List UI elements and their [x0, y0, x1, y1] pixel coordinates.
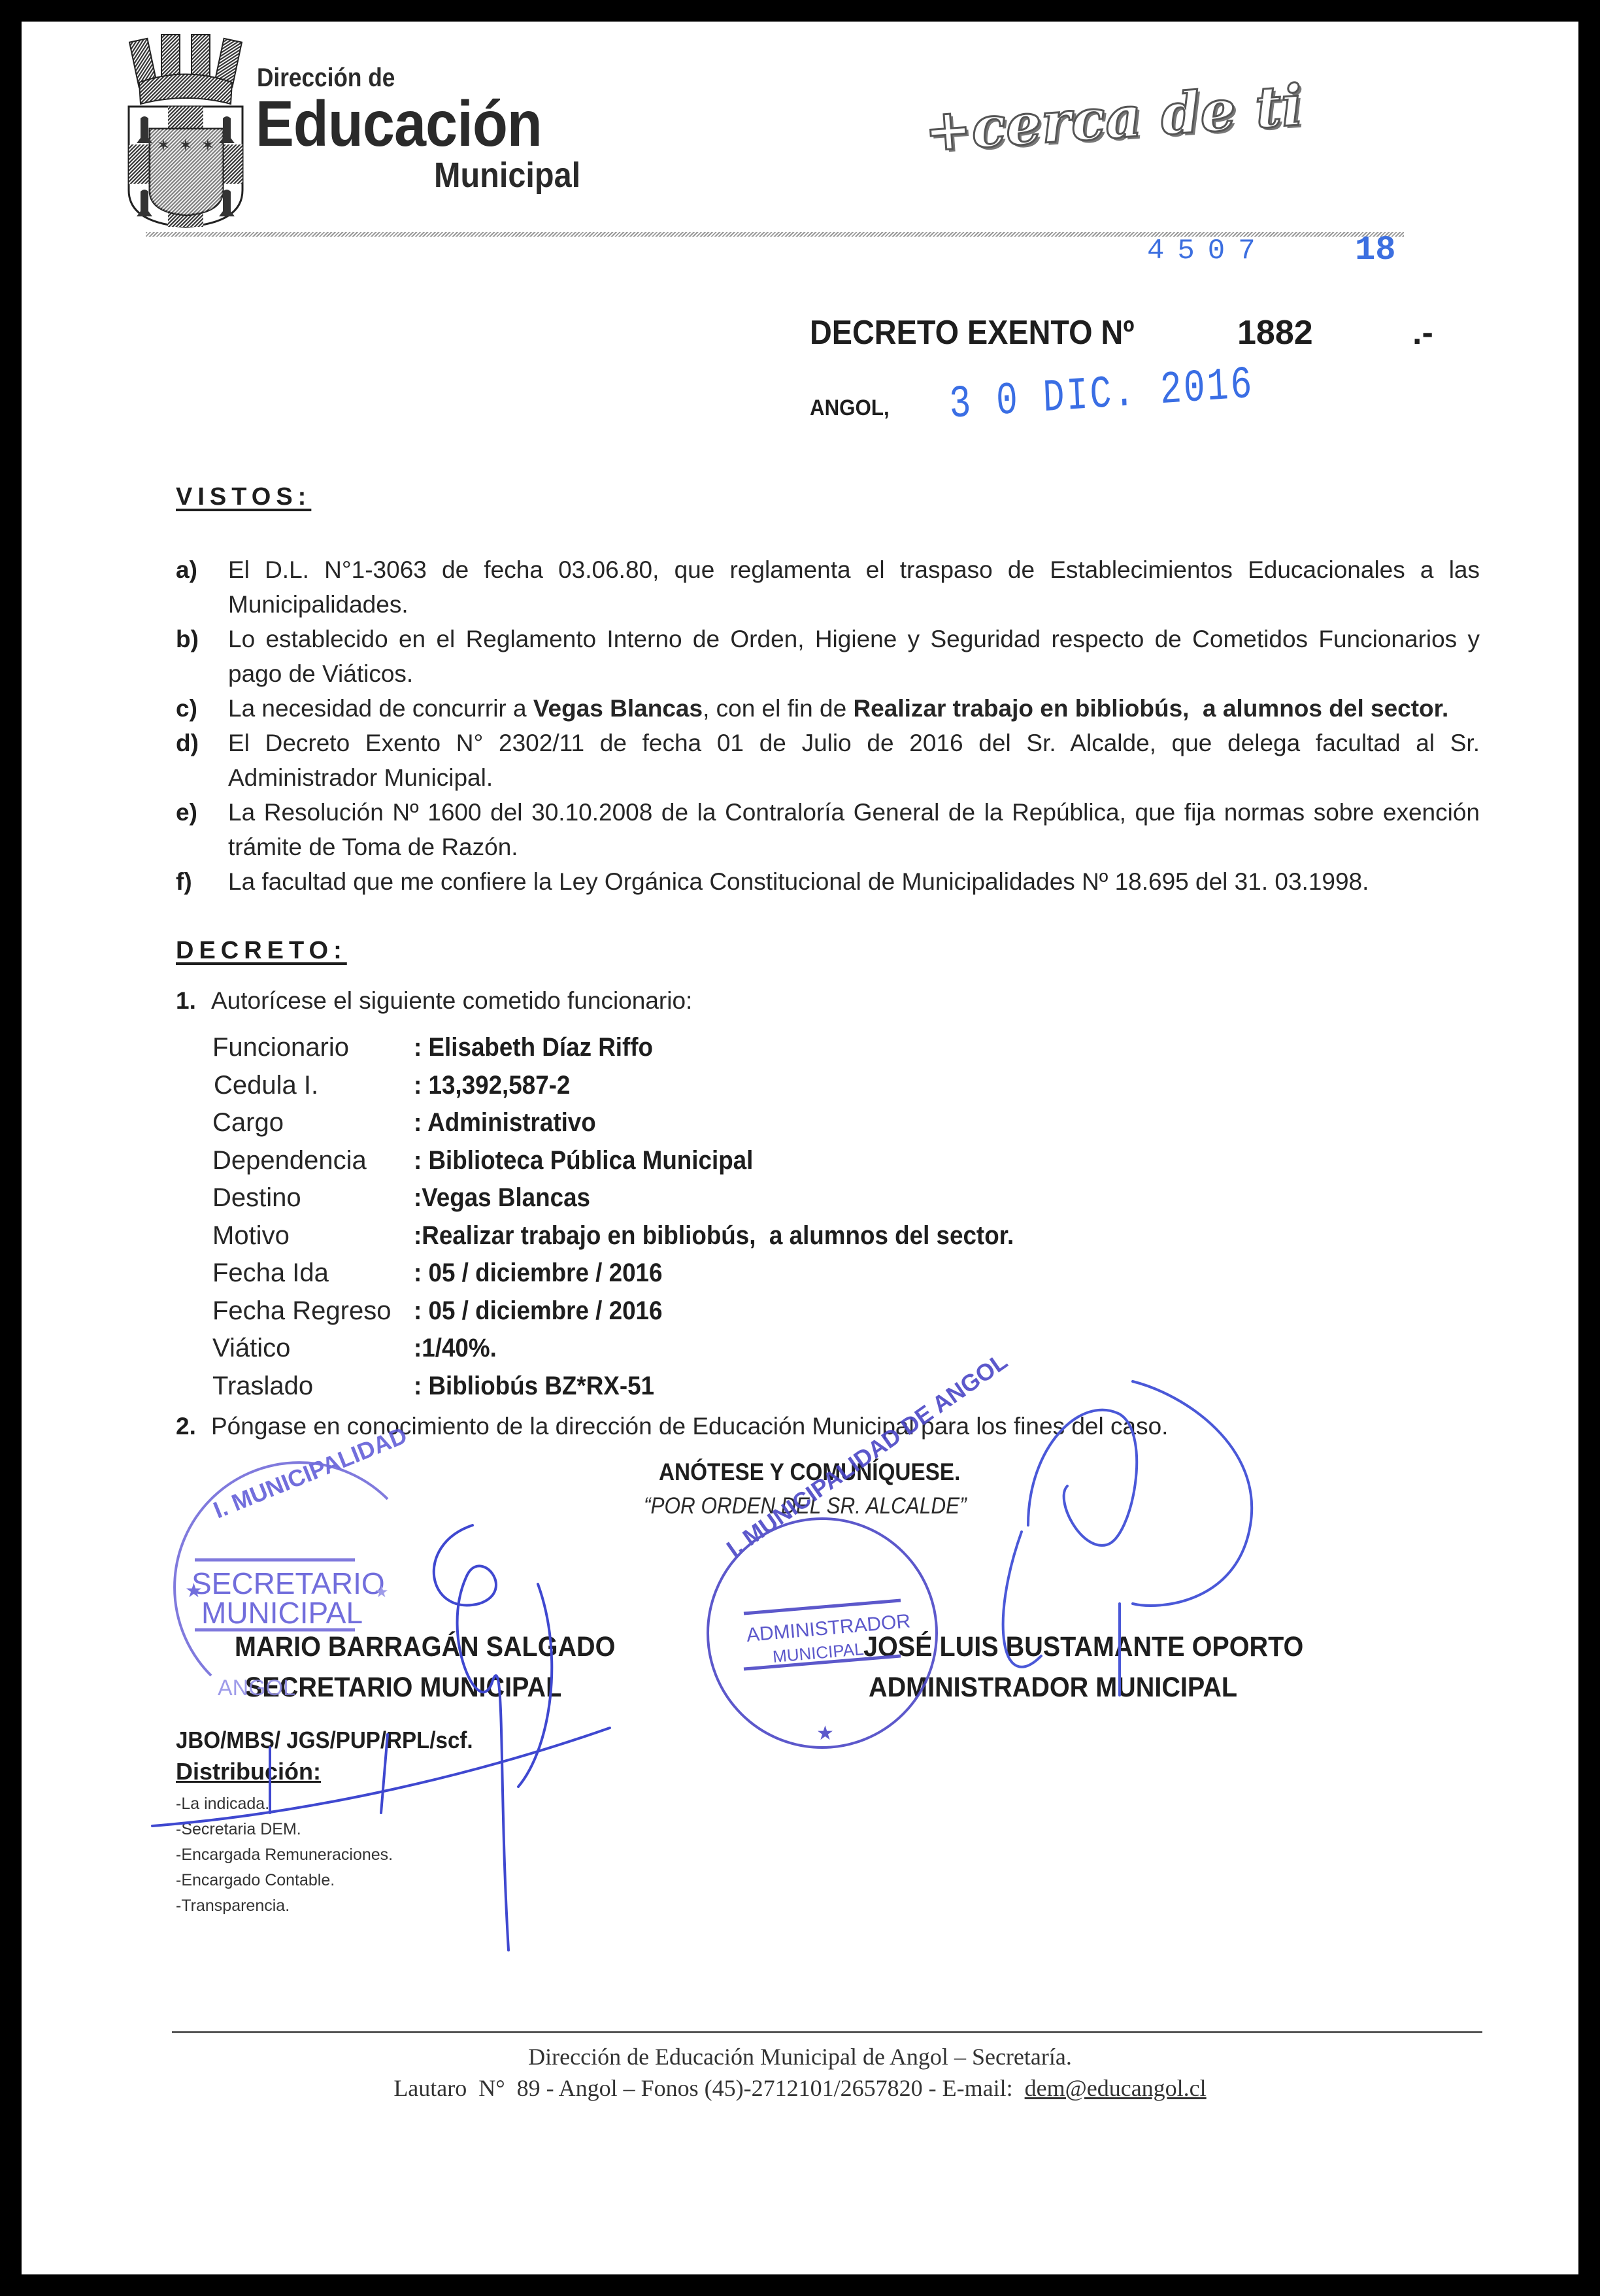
- svg-text:✶: ✶: [156, 135, 171, 155]
- visto-text-line: La necesidad de concurrir a Vegas Blanca…: [228, 695, 1448, 722]
- visto-text-line: El D.L. N°1-3063 de fecha 03.06.80, que …: [228, 556, 1480, 584]
- right-signatory-title: ADMINISTRADOR MUNICIPAL: [869, 1672, 1237, 1704]
- detail-value: :Vegas Blancas: [414, 1183, 590, 1213]
- svg-text:★: ★: [185, 1580, 203, 1602]
- decree-city: ANGOL,: [810, 396, 890, 421]
- detail-value: : Bibliobús BZ*RX-51: [414, 1372, 654, 1401]
- distribution-item: -Transparencia.: [176, 1897, 290, 1916]
- distribution-item: -Encargado Contable.: [176, 1871, 335, 1890]
- svg-text:✶: ✶: [178, 135, 193, 155]
- visto-letter: f): [176, 868, 192, 896]
- detail-label: Cargo: [212, 1108, 284, 1138]
- visto-text: La necesidad de concurrir a: [228, 695, 533, 722]
- visto-text-line: La Resolución Nº 1600 del 30.10.2008 de …: [228, 799, 1480, 826]
- brand-line-municipal: Municipal: [434, 155, 580, 195]
- left-signatory-name: MARIO BARRAGÁN SALGADO: [235, 1631, 615, 1663]
- footer-divider: [172, 2031, 1482, 2033]
- svg-text:★: ★: [375, 1583, 389, 1601]
- detail-label: Motivo: [212, 1221, 290, 1251]
- point-2-text: Póngase en conocimiento de la dirección …: [211, 1413, 1168, 1440]
- distribution-heading: Distribución:: [176, 1758, 321, 1785]
- point-1-text: Autorícese el siguiente cometido funcion…: [211, 987, 692, 1015]
- detail-value: :Realizar trabajo en bibliobús, a alumno…: [414, 1221, 1014, 1251]
- detail-label: Funcionario: [212, 1033, 349, 1062]
- detail-label: Destino: [212, 1183, 301, 1213]
- visto-text-line: El Decreto Exento N° 2302/11 de fecha 01…: [228, 730, 1480, 757]
- detail-value: : 05 / diciembre / 2016: [414, 1296, 662, 1326]
- closing-formula: ANÓTESE Y COMUNÍQUESE.: [659, 1459, 960, 1486]
- vistos-heading: VISTOS:: [176, 483, 311, 511]
- order-formula: “POR ORDEN DEL SR. ALCALDE”: [644, 1493, 967, 1519]
- initials-line: JBO/MBS/ JGS/PUP/RPL/scf.: [176, 1727, 473, 1754]
- point-2-number: 2.: [176, 1413, 196, 1440]
- svg-text:✶: ✶: [201, 135, 215, 155]
- detail-label: Fecha Ida: [212, 1258, 329, 1288]
- registry-stamp-suffix: 18: [1355, 231, 1395, 269]
- svg-text:MUNICIPAL: MUNICIPAL: [201, 1596, 363, 1630]
- detail-value: : 05 / diciembre / 2016: [414, 1258, 662, 1288]
- detail-label: Fecha Regreso: [212, 1296, 391, 1326]
- visto-letter: d): [176, 730, 199, 757]
- detail-label: Traslado: [212, 1372, 313, 1401]
- visto-letter: b): [176, 626, 199, 653]
- svg-text:I. MUNICIPALIDAD DE ANGOL: I. MUNICIPALIDAD DE ANGOL: [722, 1347, 1012, 1562]
- footer-contact: Lautaro N° 89 - Angol – Fonos (45)-27121…: [22, 2074, 1578, 2102]
- visto-letter: a): [176, 556, 197, 584]
- footer-email-link[interactable]: dem@educangol.cl: [1025, 2075, 1207, 2101]
- footer-address: Lautaro N° 89 - Angol – Fonos (45)-27121…: [393, 2075, 1024, 2101]
- brand-line-educacion: Educación: [256, 87, 542, 161]
- footer-org: Dirección de Educación Municipal de Ango…: [22, 2043, 1578, 2070]
- visto-letter: c): [176, 695, 197, 722]
- decreto-heading: DECRETO:: [176, 937, 347, 965]
- detail-value: : Elisabeth Díaz Riffo: [414, 1033, 653, 1062]
- registry-stamp-number: 4507: [1147, 235, 1269, 267]
- visto-emphasis: Realizar trabajo en bibliobús, a alumnos…: [853, 695, 1448, 722]
- detail-value: : Administrativo: [414, 1108, 596, 1138]
- distribution-item: -La indicada.: [176, 1795, 269, 1814]
- detail-value: :1/40%.: [414, 1334, 497, 1363]
- visto-emphasis: Vegas Blancas: [533, 695, 703, 722]
- svg-text:★: ★: [816, 1723, 834, 1744]
- visto-text-line: Municipalidades.: [228, 591, 408, 618]
- slogan: +cerca de ti: [922, 73, 1305, 165]
- point-1-number: 1.: [176, 987, 196, 1015]
- detail-label: Cedula I.: [214, 1071, 318, 1100]
- distribution-item: -Secretaria DEM.: [176, 1820, 301, 1839]
- visto-text: , con el fin de: [703, 695, 853, 722]
- visto-letter: e): [176, 799, 197, 826]
- visto-text-line: pago de Viáticos.: [228, 660, 413, 688]
- document-page: ✶✶✶ Dirección de Educación Municipal +ce…: [22, 22, 1578, 2274]
- decree-title: DECRETO EXENTO Nº: [810, 313, 1134, 352]
- svg-text:MUNICIPAL: MUNICIPAL: [772, 1639, 865, 1666]
- date-stamp: 3 0 DIC. 2016: [948, 360, 1255, 431]
- svg-text:SECRETARIO: SECRETARIO: [192, 1566, 385, 1600]
- detail-label: Dependencia: [212, 1146, 367, 1175]
- right-signatory-name: JOSÉ LUIS BUSTAMANTE OPORTO: [863, 1631, 1303, 1663]
- visto-text-line: Administrador Municipal.: [228, 764, 493, 792]
- detail-value: : 13,392,587-2: [414, 1071, 570, 1100]
- distribution-item: -Encargada Remuneraciones.: [176, 1846, 393, 1865]
- visto-text-line: trámite de Toma de Razón.: [228, 834, 518, 861]
- left-signatory-title: SECRETARIO MUNICIPAL: [245, 1672, 561, 1704]
- municipal-crest-logo: ✶✶✶: [127, 27, 244, 228]
- decree-number: 1882: [1237, 313, 1313, 352]
- visto-text-line: Lo establecido en el Reglamento Interno …: [228, 626, 1480, 653]
- detail-label: Viático: [212, 1334, 290, 1363]
- decree-suffix: .-: [1412, 313, 1433, 352]
- visto-text-line: La facultad que me confiere la Ley Orgán…: [228, 868, 1369, 896]
- detail-value: : Biblioteca Pública Municipal: [414, 1146, 753, 1175]
